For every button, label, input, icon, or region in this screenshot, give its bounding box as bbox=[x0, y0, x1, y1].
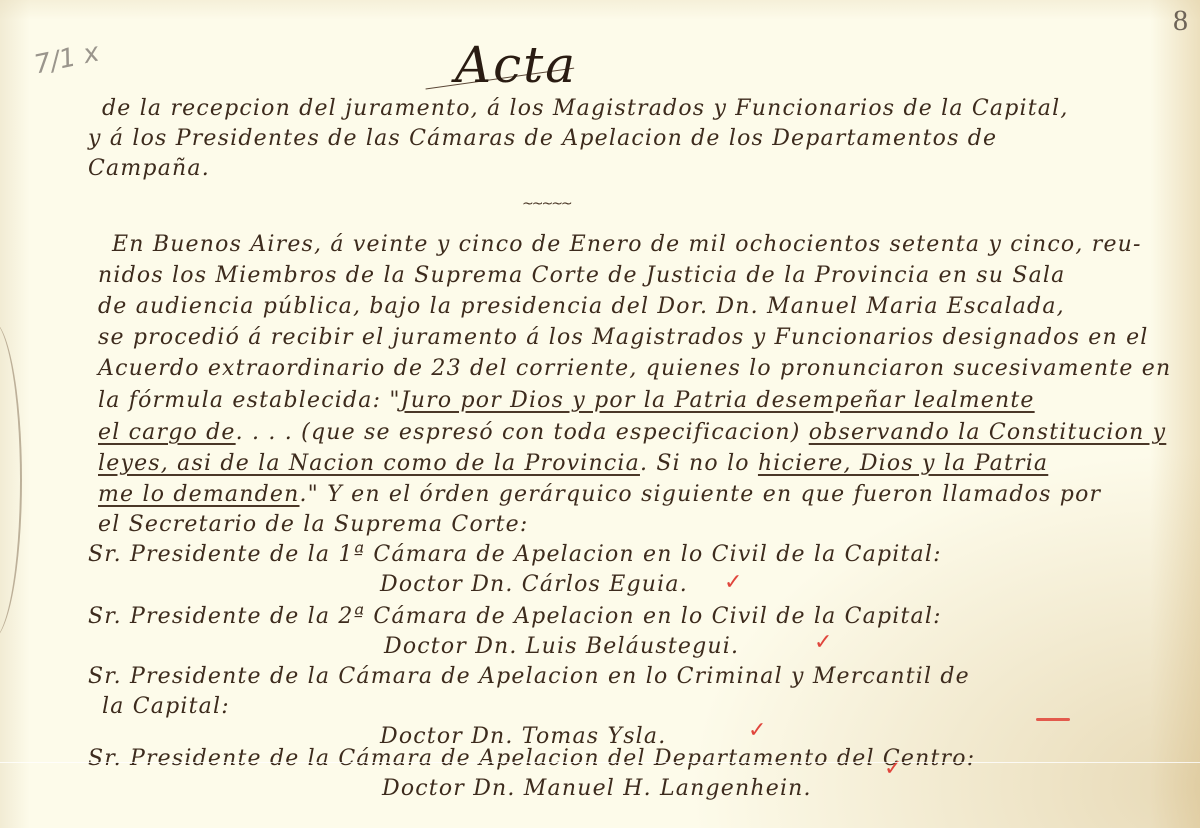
entry-office: Sr. Presidente de la Cámara de Apelacion… bbox=[88, 746, 975, 771]
oath-rest: ." Y en el órden gerárquico siguiente en… bbox=[299, 482, 1101, 507]
oath-line-2: el cargo de. . . . (que se espresó con t… bbox=[98, 420, 1166, 445]
oath-aside: . . . . (que se espresó con toda especif… bbox=[236, 420, 809, 445]
oath-text: el cargo de bbox=[98, 420, 236, 445]
page-number: 8 bbox=[1173, 4, 1188, 38]
red-dash-mark bbox=[1036, 718, 1070, 721]
oath-line-5: el Secretario de la Suprema Corte: bbox=[98, 512, 528, 537]
red-check-icon: ✓ bbox=[814, 630, 832, 655]
entry-office: Sr. Presidente de la 2ª Cámara de Apelac… bbox=[88, 604, 942, 629]
body-line-4: se procedió á recibir el juramento á los… bbox=[98, 325, 1149, 350]
red-check-icon: ✓ bbox=[748, 718, 766, 743]
oath-text: observando la Constitucion y bbox=[809, 420, 1167, 445]
oath-text: me lo demanden bbox=[98, 482, 299, 507]
entry-office-cont: la Capital: bbox=[102, 694, 230, 719]
subtitle-line-3: Campaña. bbox=[88, 156, 210, 181]
entry-office: Sr. Presidente de la Cámara de Apelacion… bbox=[88, 664, 970, 689]
document-title: Acta bbox=[455, 36, 577, 94]
body-line-2: nidos los Miembros de la Suprema Corte d… bbox=[98, 263, 1065, 288]
entry-office: Sr. Presidente de la 1ª Cámara de Apelac… bbox=[88, 542, 942, 567]
subtitle-line-1: de la recepcion del juramento, á los Mag… bbox=[102, 96, 1069, 121]
body-line-3: de audiencia pública, bajo la presidenci… bbox=[98, 294, 1065, 319]
body-line-5: Acuerdo extraordinario de 23 del corrien… bbox=[98, 356, 1171, 381]
oath-aside: . Si no lo bbox=[640, 451, 758, 476]
body-line-1: En Buenos Aires, á veinte y cinco de Ene… bbox=[112, 232, 1142, 257]
oath-lead: la fórmula establecida: " bbox=[98, 388, 401, 413]
red-check-icon: ✓ bbox=[724, 570, 742, 595]
oath-line-1: la fórmula establecida: "Juro por Dios y… bbox=[98, 388, 1035, 413]
oath-text: Juro por Dios y por la Patria desempeñar… bbox=[401, 388, 1035, 413]
pencil-annotation: 7/1 x bbox=[32, 38, 102, 81]
subtitle-line-2: y á los Presidentes de las Cámaras de Ap… bbox=[88, 126, 997, 151]
oath-text: leyes, asi de la Nacion como de la Provi… bbox=[98, 451, 640, 476]
entry-name: Doctor Dn. Luis Beláustegui. bbox=[384, 634, 739, 659]
oath-text: hiciere, Dios y la Patria bbox=[758, 451, 1048, 476]
paper-fold-line bbox=[0, 762, 1200, 763]
binding-edge bbox=[0, 320, 22, 640]
oath-line-3: leyes, asi de la Nacion como de la Provi… bbox=[98, 451, 1048, 476]
entry-name: Doctor Dn. Cárlos Eguia. bbox=[380, 572, 688, 597]
red-check-icon: ✓ bbox=[884, 756, 902, 781]
entry-name: Doctor Dn. Manuel H. Langenhein. bbox=[382, 776, 812, 801]
manuscript-page: 8 7/1 x Acta de la recepcion del juramen… bbox=[0, 0, 1200, 828]
oath-line-4: me lo demanden." Y en el órden gerárquic… bbox=[98, 482, 1101, 507]
separator-flourish: ~~~~~ bbox=[522, 196, 571, 212]
